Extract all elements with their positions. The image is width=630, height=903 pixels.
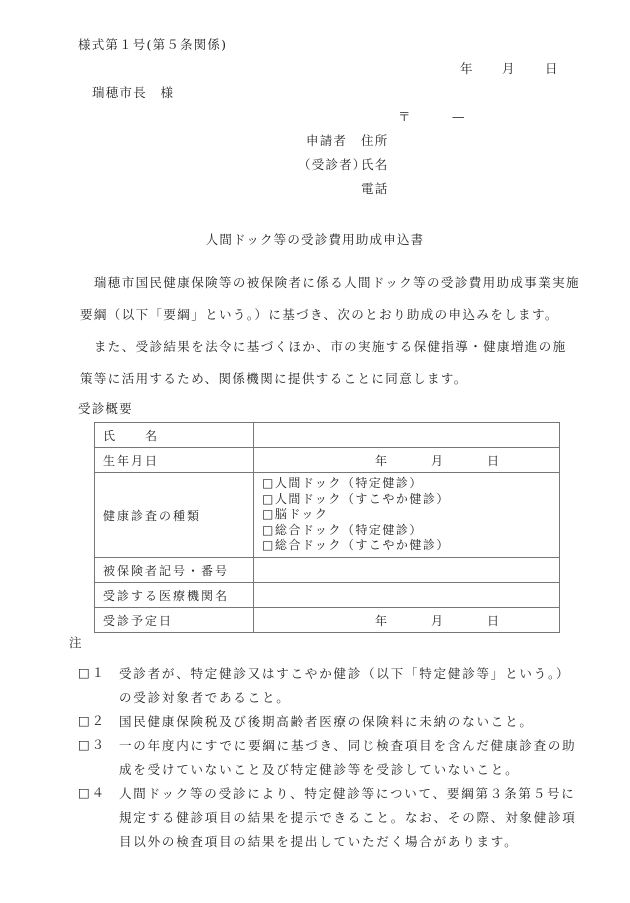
note-checkbox-4[interactable]: □４ [78,782,106,804]
applicant-label: 申請者 [306,133,347,149]
day-label: 日 [487,452,501,469]
checkbox-option-ningen-dock-sukoyaka[interactable]: □人間ドック（すこやか健診） [262,492,559,508]
day-label: 日 [487,612,501,629]
table-row-scheduled-date: 受診予定日 年 月 日 [95,608,560,633]
note-checkbox-2[interactable]: □２ [78,710,106,732]
note-checkbox-1[interactable]: □１ [78,662,106,684]
scheduled-date-value-cell[interactable]: 年 月 日 [254,608,560,633]
note-checkbox-3[interactable]: □３ [78,734,106,756]
summary-table: 氏 名 生年月日 年 月 日 健康診査の種類 □人間ドック（特定健診） □人間ド… [94,422,560,633]
note-text: 人間ドック等の受診により、特定健診等について、要綱第３条第５号に規定する健診項目… [119,782,579,854]
name-label: 氏名 [361,157,388,173]
form-number: 様式第１号(第５条関係) [78,37,227,53]
year-label: 年 [375,452,389,469]
month-label: 月 [431,612,445,629]
note-item-3: □３ 一の年度内にすでに要綱に基づき、同じ検査項目を含んだ健康診査の助成を受けて… [78,734,588,782]
table-row-insured-number: 被保険者記号・番号 [95,558,560,583]
summary-heading: 受診概要 [78,401,133,417]
note-item-4: □４ 人間ドック等の受診により、特定健診等について、要綱第３条第５号に規定する健… [78,782,588,854]
note-item-1: □１ 受診者が、特定健診又はすこやか健診（以下「特定健診等」という。）の受診対象… [78,662,588,710]
checkbox-option-sogo-dock-tokutei[interactable]: □総合ドック（特定健診） [262,523,559,539]
checkbox-option-brain-dock[interactable]: □脳ドック [262,507,559,523]
row-label: 受診予定日 [95,608,254,633]
postal-dash: — [452,109,465,125]
table-row-medical-institution: 受診する医療機関名 [95,583,560,608]
row-label: 被保険者記号・番号 [95,558,254,583]
row-label: 生年月日 [95,448,254,473]
address-label: 住所 [361,133,388,149]
medical-institution-value-cell[interactable] [254,583,560,608]
year-label: 年 [375,612,389,629]
date-month-label: 月 [502,61,515,77]
month-label: 月 [431,452,445,469]
table-row-name: 氏 名 [95,423,560,448]
note-item-2: □２ 国民健康保険税及び後期高齢者医療の保険料に未納のないこと。 [78,710,588,734]
date-day-label: 日 [545,61,558,77]
body-paragraph-2: また、受診結果を法令に基づくほか、市の実施する保健指導・健康増進の施策等に活用す… [80,331,580,395]
insured-number-value-cell[interactable] [254,558,560,583]
table-row-birthdate: 生年月日 年 月 日 [95,448,560,473]
birthdate-value-cell[interactable]: 年 月 日 [254,448,560,473]
notes-heading: 注 [69,635,82,651]
checkbox-option-sogo-dock-sukoyaka[interactable]: □総合ドック（すこやか健診） [262,538,559,554]
checkbox-option-ningen-dock-tokutei[interactable]: □人間ドック（特定健診） [262,476,559,492]
page-title: 人間ドック等の受診費用助成申込書 [0,232,630,248]
row-label: 健康診査の種類 [95,473,254,558]
examinee-label: （受診者） [298,157,367,173]
exam-type-options: □人間ドック（特定健診） □人間ドック（すこやか健診） □脳ドック □総合ドック… [254,473,560,558]
note-text: 受診者が、特定健診又はすこやか健診（以下「特定健診等」という。）の受診対象者であ… [119,662,579,710]
addressee: 瑞穂市長 様 [92,85,174,101]
table-row-exam-type: 健康診査の種類 □人間ドック（特定健診） □人間ドック（すこやか健診） □脳ドッ… [95,473,560,558]
date-year-label: 年 [460,61,473,77]
postal-mark: 〒 [398,109,411,125]
phone-label: 電話 [361,181,388,197]
row-label: 受診する医療機関名 [95,583,254,608]
row-label: 氏 名 [95,423,254,448]
name-value-cell[interactable] [254,423,560,448]
note-text: 一の年度内にすでに要綱に基づき、同じ検査項目を含んだ健康診査の助成を受けていない… [119,734,579,782]
body-paragraph-1: 瑞穂市国民健康保険等の被保険者に係る人間ドック等の受診費用助成事業実施要綱（以下… [80,267,580,331]
note-text: 国民健康保険税及び後期高齢者医療の保険料に未納のないこと。 [119,710,579,734]
